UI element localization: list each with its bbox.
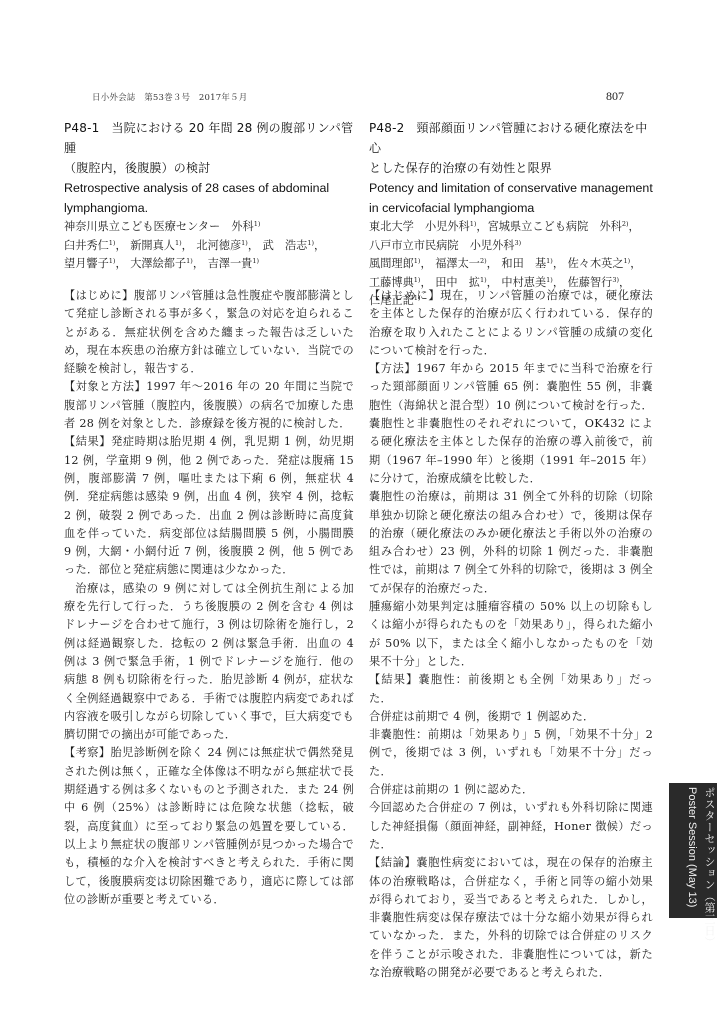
author-marker: 2) [480, 257, 487, 265]
author-marker: 1) [480, 276, 487, 284]
affiliations: 神奈川県立こども医療センター 外科1) [64, 218, 354, 237]
abstract-header-p48-2: P48-2頸部顔面リンパ管腫における硬化療法を中心 とした保存的治療の有効性と限… [369, 118, 653, 311]
paragraph-cystic-treatment: 嚢胞性の治療は，前期は 31 例全て外科的切除（切除単独か切除と硬化療法の組み合… [369, 488, 653, 598]
affiliation: 八戸市立市民病院 小児外科 [369, 239, 514, 252]
section-discussion: 【考察】胎児診断例を除く 24 例には無症状で偶然発見された例は無く，正確な全体… [64, 744, 354, 909]
abstract-title: P48-2頸部顔面リンパ管腫における硬化療法を中心 とした保存的治療の有効性と限… [369, 118, 653, 178]
author: 福澤太一 [435, 257, 480, 270]
section-methods: 【対象と方法】1997 年～2016 年の 20 年間に当院で腹部リンパ管腫（腹… [64, 378, 354, 433]
author-marker: 1) [307, 239, 314, 247]
section-introduction: 【はじめに】現在，リンパ管腫の治療では，硬化療法を主体とした保存的治療が広く行わ… [369, 287, 653, 360]
section-results: 【結果】嚢胞性：前後期とも全例「効果あり」だった． [369, 671, 653, 708]
section-methods: 【方法】1967 年から 2015 年までに当科で治療を行った頸部顔面リンパ管腫… [369, 360, 653, 488]
paragraph-noncystic: 非嚢胞性：前期は「効果あり」5 例，「効果不十分」2 例で，後期では 3 例，い… [369, 726, 653, 781]
author-marker: 1) [546, 276, 553, 284]
section-treatment: 治療は，感染の 9 例に対しては全例抗生剤による加療を先行して行った．うち後腹膜… [64, 580, 354, 745]
affiliation-marker: 3) [514, 239, 521, 247]
author-marker: 1) [546, 257, 553, 265]
author-marker: 1) [624, 257, 631, 265]
affiliation-marker: 1) [470, 220, 477, 228]
author-marker: 3) [612, 276, 619, 284]
author-marker: 1) [241, 239, 248, 247]
author-marker: 1) [414, 257, 421, 265]
side-tab-english: Poster Session (May 13) [674, 787, 698, 915]
authors: 臼井秀仁1)， 新開真人1)， 北河徳彦1)， 武 浩志1)， 望月響子1)， … [64, 237, 354, 274]
section-introduction: 【はじめに】腹部リンパ管腫は急性腹症や腹部膨満として発症し診断される事が多く，緊… [64, 287, 354, 378]
author-marker: 1) [109, 257, 116, 265]
english-title: Potency and limitation of conservative m… [369, 178, 653, 218]
affiliation: 東北大学 小児外科 [369, 220, 470, 233]
section-side-tab: ポスターセッション（第三日） Poster Session (May 13) [669, 783, 717, 918]
author: 新開真人 [130, 239, 175, 252]
abstract-body-p48-2: 【はじめに】現在，リンパ管腫の治療では，硬化療法を主体とした保存的治療が広く行わ… [369, 287, 653, 982]
affiliation-marker: 2) [622, 220, 629, 228]
abstract-header-p48-1: P48-1当院における 20 年間 28 例の腹部リンパ管腫 （腹腔内，後腹膜）… [64, 118, 354, 274]
author-marker: 1) [186, 257, 193, 265]
title-line: とした保存的治療の有効性と限界 [369, 161, 552, 175]
affiliations: 東北大学 小児外科1)，宮城県立こども病院 外科2)， 八戸市立市民病院 小児外… [369, 218, 653, 255]
abstract-id: P48-2 [369, 121, 404, 135]
author: 大澤絵都子 [130, 257, 186, 270]
affiliation: 宮城県立こども病院 外科 [488, 220, 622, 233]
page-number: 807 [606, 89, 624, 104]
paragraph-complication-details: 今回認めた合併症の 7 例は，いずれも外科切除に関連した神経損傷（顔面神経，副神… [369, 799, 653, 854]
author-marker: 1) [252, 257, 259, 265]
author: 佐々木英之 [568, 257, 624, 270]
author: 風間理郎 [369, 257, 414, 270]
abstract-id: P48-1 [64, 121, 99, 135]
running-head: 日小外会誌 第53巻３号 2017年５月 [92, 91, 247, 103]
title-line: 当院における 20 年間 28 例の腹部リンパ管腫 [64, 121, 353, 155]
english-title: Retrospective analysis of 28 cases of ab… [64, 178, 354, 218]
title-line: （腹腔内，後腹膜）の検討 [64, 161, 210, 175]
author: 北河徳彦 [196, 239, 241, 252]
author-marker: 1) [175, 239, 182, 247]
author: 武 浩志 [263, 239, 308, 252]
abstract-body-p48-1: 【はじめに】腹部リンパ管腫は急性腹症や腹部膨満として発症し診断される事が多く，緊… [64, 287, 354, 909]
paragraph-complications-noncystic: 合併症は前期の 1 例に認めた． [369, 781, 653, 799]
author: 臼井秀仁 [64, 239, 109, 252]
section-conclusion: 【結論】嚢胞性病変においては，現在の保存的治療主体の治療戦略は，合併症なく，手術… [369, 854, 653, 982]
title-line: 頸部顔面リンパ管腫における硬化療法を中心 [369, 121, 647, 155]
abstract-title: P48-1当院における 20 年間 28 例の腹部リンパ管腫 （腹腔内，後腹膜）… [64, 118, 354, 178]
author: 和田 基 [501, 257, 546, 270]
author-marker: 1) [414, 276, 421, 284]
section-results: 【結果】発症時期は胎児期 4 例，乳児期 1 例，幼児期 12 例，学童期 9 … [64, 433, 354, 579]
author-marker: 1) [109, 239, 116, 247]
author: 吉澤一貴 [208, 257, 253, 270]
paragraph-criteria: 腫瘍縮小効果判定は腫瘤容積の 50% 以上の切除もしくは縮小が得られたものを「効… [369, 598, 653, 671]
affiliation-marker: 1) [254, 220, 261, 228]
affiliation: 神奈川県立こども医療センター 外科 [64, 220, 254, 233]
author: 望月響子 [64, 257, 109, 270]
paragraph-complications: 合併症は前期で 4 例，後期で 1 例認めた． [369, 708, 653, 726]
